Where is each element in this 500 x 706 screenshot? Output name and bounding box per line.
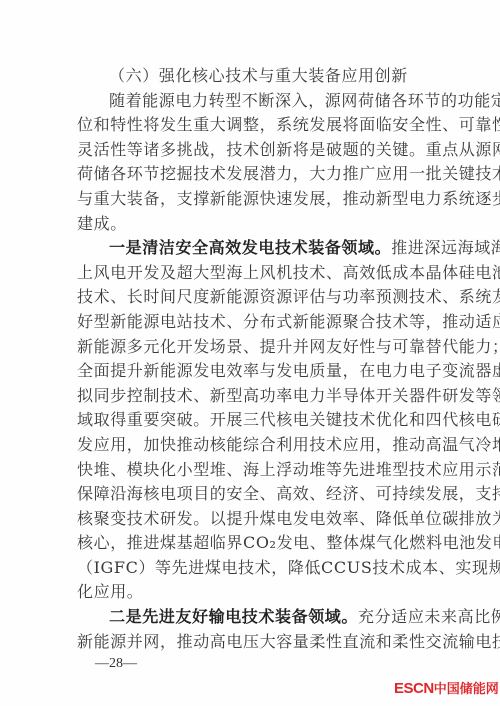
text-line: 发应用，加快推动核能综合利用技术应用，推动高温气冷堆、	[77, 433, 425, 458]
page-number: —28—	[95, 656, 137, 672]
text-line: 与重大装备，支撑新能源快速发展，推动新型电力系统逐步	[77, 187, 425, 212]
text-line: 核心，推进煤基超临界CO₂发电、整体煤气化燃料电池发电	[77, 531, 425, 556]
text-line: 核聚变技术研发。以提升煤电发电效率、降低单位碳排放为	[77, 507, 425, 532]
text-line: 新能源多元化开发场景、提升并网友好性与可靠替代能力；	[77, 335, 425, 360]
paragraph-lead-line: 二是先进友好输电技术装备领域。充分适应未来高比例	[77, 605, 425, 630]
text-line: 域取得重要突破。开展三代核电关键技术优化和四代核电研	[77, 408, 425, 433]
text-line: 好型新能源电站技术、分布式新能源聚合技术等，推动适应	[77, 310, 425, 335]
logo-latin: ESCN	[394, 680, 434, 697]
paragraph-lead-line: 一是清洁安全高效发电技术装备领域。推进深远海域海	[77, 236, 425, 261]
text-line: 建成。	[77, 212, 425, 237]
text-line: 拟同步控制技术、新型高功率电力半导体开关器件研发等领	[77, 384, 425, 409]
lead-rest: 推进深远海域海	[391, 238, 500, 257]
text-line: 技术、长时间尺度新能源资源评估与功率预测技术、系统友	[77, 285, 425, 310]
escn-watermark-logo: ESCN中国储能网	[394, 678, 499, 697]
text-line: 位和特性将发生重大调整，系统发展将面临安全性、可靠性、	[77, 113, 425, 138]
bold-lead: 二是先进友好输电技术装备领域。	[109, 607, 358, 626]
document-body: （六）强化核心技术与重大装备应用创新 随着能源电力转型不断深入，源网荷储各环节的…	[77, 64, 425, 654]
logo-chinese: 中国储能网	[434, 681, 499, 696]
text-line: 快堆、模块化小型堆、海上浮动堆等先进堆型技术应用示范，	[77, 458, 425, 483]
text-line: 灵活性等诸多挑战，技术创新将是破题的关键。重点从源网	[77, 138, 425, 163]
text-line: 新能源并网，推动高电压大容量柔性直流和柔性交流输电技	[77, 630, 425, 655]
text-line: 化应用。	[77, 580, 425, 605]
text-line: 上风电开发及超大型海上风机技术、高效低成本晶体硅电池	[77, 261, 425, 286]
bold-lead: 一是清洁安全高效发电技术装备领域。	[109, 238, 391, 257]
text-line: 荷储各环节挖掘技术发展潜力，大力推广应用一批关键技术	[77, 162, 425, 187]
text-line: 保障沿海核电项目的安全、高效、经济、可持续发展，支持	[77, 482, 425, 507]
section-heading: （六）强化核心技术与重大装备应用创新	[77, 64, 425, 89]
text-line: （IGFC）等先进煤电技术，降低CCUS技术成本、实现规模	[77, 556, 425, 581]
text-line: 全面提升新能源发电效率与发电质量，在电力电子变流器虚	[77, 359, 425, 384]
text-line: 随着能源电力转型不断深入，源网荷储各环节的功能定	[77, 89, 425, 114]
lead-rest: 充分适应未来高比例	[358, 607, 500, 626]
